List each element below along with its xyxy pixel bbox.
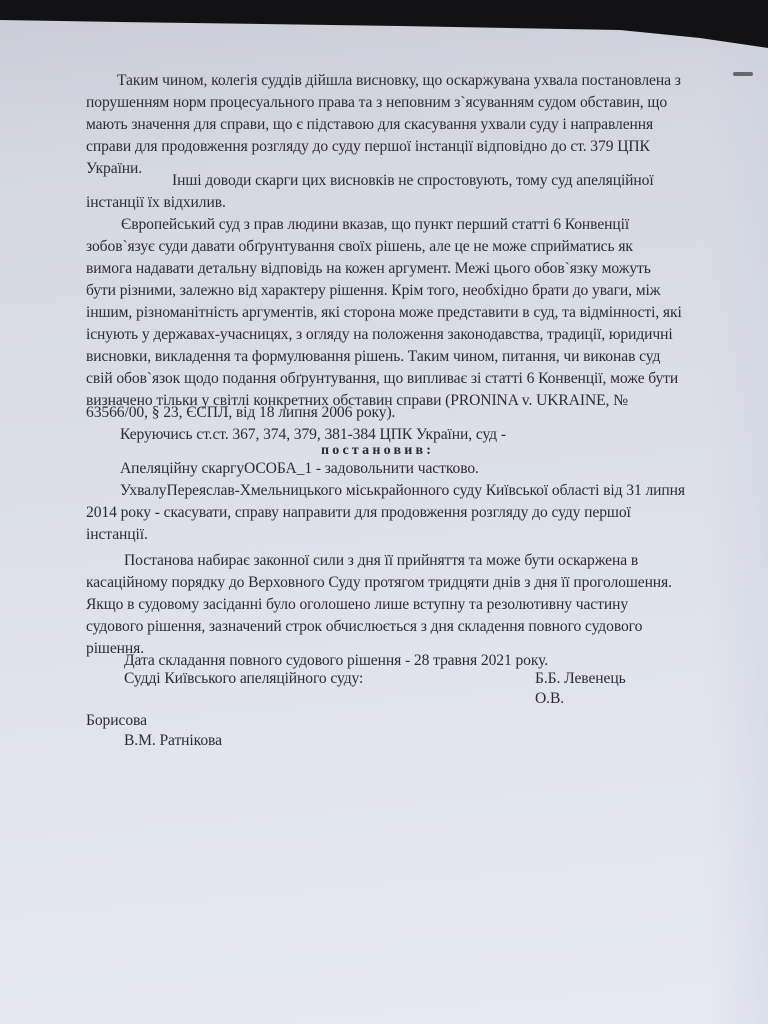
text-line: Керуючись ст.ст. 367, 374, 379, 381-384 …: [120, 424, 506, 446]
text-line: 2014 року - скасувати, справу направити …: [86, 502, 631, 524]
text-line: Постанова набирає законної сили з дня її…: [124, 550, 638, 572]
text-line: вимога надавати детальну відповідь на ко…: [86, 258, 651, 280]
judge-signature-2-initials: О.В.: [535, 688, 564, 710]
text-line: інстанції.: [86, 524, 148, 546]
judges-label: Судді Київського апеляційного суду:: [124, 668, 363, 690]
text-line: Якщо в судовому засіданні було оголошено…: [86, 594, 628, 616]
text-line: висновки, викладення та формулювання ріш…: [86, 346, 660, 368]
text-line: свій обов`язок щодо подання обґрунтуванн…: [86, 368, 678, 390]
text-line: УхвалуПереяслав-Хмельницького міськрайон…: [120, 480, 685, 502]
text-line: судового рішення, зазначений строк обчис…: [86, 616, 642, 638]
text-line: порушенням норм процесуального права та …: [86, 92, 667, 114]
text-line: касаційному порядку до Верховного Суду п…: [86, 572, 672, 594]
text-line: Європейський суд з прав людини вказав, щ…: [121, 214, 629, 236]
text-line: бути різними, залежно від характеру ріше…: [86, 280, 660, 302]
text-line: існують у державах-учасницях, з огляду н…: [86, 324, 673, 346]
text-line: інстанції їх відхилив.: [86, 192, 226, 214]
text-line: мають значення для справи, що є підставо…: [86, 114, 653, 136]
text-line: України.: [86, 158, 142, 180]
judge-signature-3: В.М. Ратнікова: [124, 730, 222, 752]
text-line: справи для продовження розгляду до суду …: [86, 136, 650, 158]
text-line: зобов`язує суди давати обґрунтування сво…: [86, 236, 633, 258]
text-line: іншим, різноманітність аргументів, які с…: [86, 302, 682, 324]
judge-signature-2-surname: Борисова: [86, 710, 147, 732]
text-line: 63566/00, § 23, ЄСПЛ, від 18 липня 2006 …: [86, 402, 395, 424]
judge-signature-1: Б.Б. Левенець: [535, 668, 626, 690]
court-decision-page: Таким чином, колегія суддів дійшла висно…: [0, 0, 768, 1024]
text-line: Інші доводи скарги цих висновків не спро…: [172, 170, 654, 192]
text-line: Апеляційну скаргуОСОБА_1 - задовольнити …: [120, 458, 479, 480]
text-line: Таким чином, колегія суддів дійшла висно…: [117, 70, 681, 92]
